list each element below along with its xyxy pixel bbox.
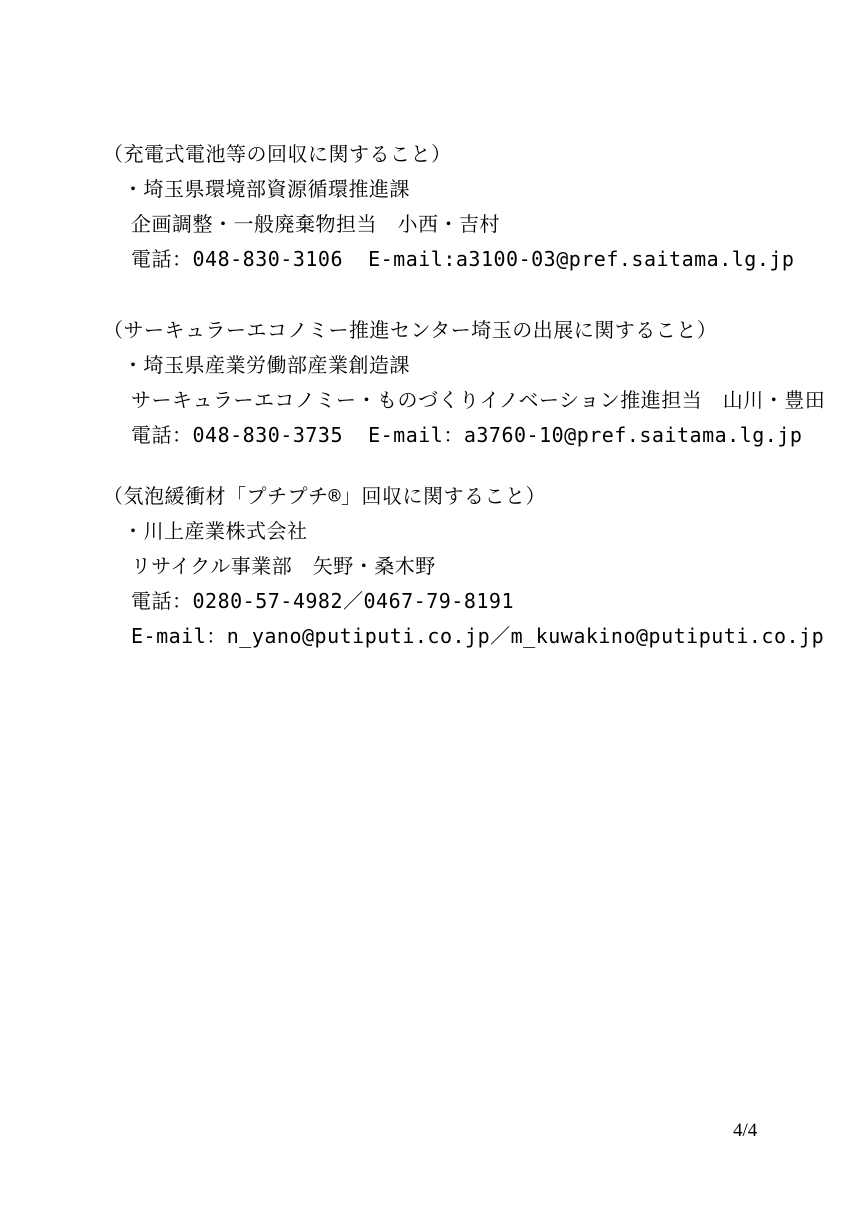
- section-battery-collection: （充電式電池等の回収に関すること） ・埼玉県環境部資源循環推進課 企画調整・一般…: [103, 137, 825, 277]
- contact-person-line: サーキュラーエコノミー・ものづくりイノベーション推進担当 山川・豊田: [103, 383, 825, 418]
- document-page: （充電式電池等の回収に関すること） ・埼玉県環境部資源循環推進課 企画調整・一般…: [0, 0, 860, 1217]
- section-heading: （気泡緩衝材「プチプチ®」回収に関すること）: [103, 479, 825, 514]
- contact-email-line: E-mail：n_yano@putiputi.co.jp／m_kuwakino@…: [103, 619, 825, 654]
- contact-phone-email-line: 電話：048-830-3735 E-mail：a3760-10@pref.sai…: [103, 418, 825, 453]
- organization-name: ・川上産業株式会社: [103, 514, 825, 549]
- section-heading: （充電式電池等の回収に関すること）: [103, 137, 825, 172]
- organization-name: ・埼玉県産業労働部産業創造課: [103, 348, 825, 383]
- contact-person-line: リサイクル事業部 矢野・桑木野: [103, 549, 825, 584]
- contact-sections: （充電式電池等の回収に関すること） ・埼玉県環境部資源循環推進課 企画調整・一般…: [103, 137, 825, 654]
- section-circular-economy-center: （サーキュラーエコノミー推進センター埼玉の出展に関すること） ・埼玉県産業労働部…: [103, 313, 825, 453]
- page-number: 4/4: [733, 1120, 757, 1142]
- contact-phone-line: 電話：0280-57-4982／0467-79-8191: [103, 584, 825, 619]
- section-bubble-wrap-collection: （気泡緩衝材「プチプチ®」回収に関すること） ・川上産業株式会社 リサイクル事業…: [103, 479, 825, 654]
- organization-name: ・埼玉県環境部資源循環推進課: [103, 172, 825, 207]
- contact-person-line: 企画調整・一般廃棄物担当 小西・吉村: [103, 207, 825, 242]
- section-heading: （サーキュラーエコノミー推進センター埼玉の出展に関すること）: [103, 313, 825, 348]
- contact-phone-email-line: 電話：048-830-3106 E-mail:a3100-03@pref.sai…: [103, 242, 825, 277]
